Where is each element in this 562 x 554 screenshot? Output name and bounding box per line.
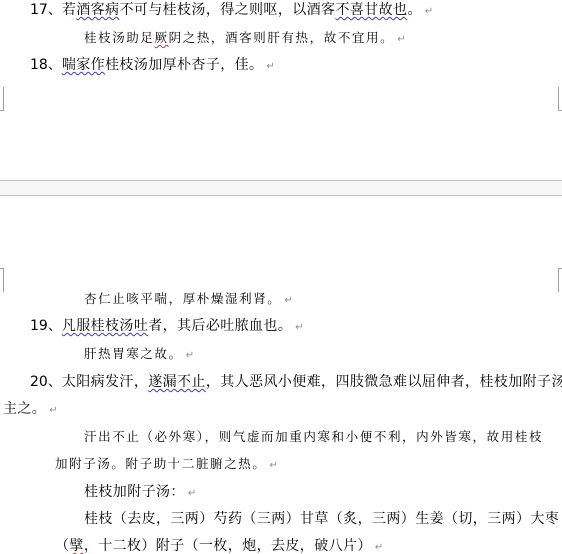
paragraph-20-line-1[interactable]: 20、太阳病发汗，遂漏不止，其人恶风小便难，四肢微急难以屈伸者，桂枝加附子汤 — [30, 372, 562, 392]
note-20-line-2[interactable]: 加附子汤。附子助十二脏腑之热。↵ — [55, 454, 278, 476]
paragraph-mark-icon: ↵ — [49, 405, 57, 416]
text-run: 阴之热，酒客则肝有热，故不宜用。 — [169, 30, 395, 45]
text-run: ，其人恶风小便难，四肢微急难以屈伸者，桂枝加附子汤 — [206, 374, 562, 390]
paragraph-mark-icon: ↵ — [266, 61, 274, 72]
text-run: 。 — [407, 2, 421, 18]
page-corner-mark-top-left — [0, 268, 4, 292]
text-run: 杏仁止咳平喘，厚朴燥湿利肾。 — [84, 291, 281, 306]
grammar-flagged-text: 喘家作 — [62, 57, 105, 73]
clause-number: 17、 — [30, 2, 62, 18]
clause-number: 20、 — [30, 374, 62, 390]
formula-ingredients-line-1[interactable]: 桂枝（去皮，三两）芍药（三两）甘草（炙，三两）生姜（切，三两）大枣 — [84, 509, 559, 529]
note-18[interactable]: 杏仁止咳平喘，厚朴燥湿利肾。↵ — [84, 289, 293, 311]
clause-number: 19、 — [30, 318, 62, 334]
spelling-flagged-text: 擘 — [69, 538, 83, 554]
page-corner-mark-bottom-right — [558, 87, 562, 111]
grammar-flagged-text: 不喜甘故也 — [335, 2, 407, 18]
paragraph-18[interactable]: 18、喘家作桂枝汤加厚朴杏子，佳。↵ — [30, 55, 275, 77]
page-break-gap — [0, 180, 562, 196]
paragraph-mark-icon: ↵ — [270, 460, 278, 471]
note-19[interactable]: 肝热胃寒之故。↵ — [84, 344, 194, 366]
paragraph-mark-icon: ↵ — [284, 295, 292, 306]
clause-number: 18、 — [30, 57, 62, 73]
formula-title[interactable]: 桂枝加附子汤：↵ — [84, 482, 196, 504]
grammar-flagged-text: 遂漏不止 — [148, 374, 206, 390]
page-2[interactable]: 杏仁止咳平喘，厚朴燥湿利肾。↵ 19、凡服桂枝汤吐者，其后必吐脓血也。↵ 肝热胃… — [0, 197, 562, 554]
text-run: 桂枝（去皮，三两）芍药（三两）甘草（炙，三两）生姜（切，三两）大枣 — [84, 511, 559, 527]
page-corner-mark-bottom-left — [0, 87, 4, 111]
paragraph-mark-icon: ↵ — [188, 488, 196, 499]
text-run: 不可与桂枝汤，得之则呕，以酒客 — [119, 2, 335, 18]
text-run: 太阳病发汗， — [62, 374, 148, 390]
text-run: 若 — [62, 2, 76, 18]
text-run: （ — [55, 538, 69, 554]
note-20-line-1[interactable]: 汗出不止（必外寒），则气虚而加重内寒和小便不利，内外皆寒，故用桂枝 — [84, 427, 543, 447]
text-run: 桂枝加附子汤： — [84, 484, 185, 500]
paragraph-mark-icon: ↵ — [375, 542, 383, 553]
text-run: 桂枝汤加厚朴杏子，佳。 — [105, 57, 263, 73]
text-run: 桂枝汤助足 — [84, 30, 155, 45]
page-corner-mark-top-right — [558, 268, 562, 292]
text-run: 汗出不止（必外寒），则气虚而加重内寒和小便不利，内外皆寒，故用桂枝 — [84, 429, 543, 444]
text-run: 主之。 — [3, 401, 46, 417]
paragraph-19[interactable]: 19、凡服桂枝汤吐者，其后必吐脓血也。↵ — [30, 316, 304, 338]
paragraph-mark-icon: ↵ — [186, 350, 194, 361]
paragraph-17[interactable]: 17、若酒客病不可与桂枝汤，得之则呕，以酒客不喜甘故也。↵ — [30, 0, 433, 22]
paragraph-mark-icon: ↵ — [425, 6, 433, 17]
paragraph-mark-icon: ↵ — [295, 322, 303, 333]
text-run: 者，其后必吐脓血也。 — [148, 318, 292, 334]
grammar-flagged-text: 酒客病 — [76, 2, 119, 18]
spelling-flagged-text: 厥 — [155, 30, 169, 45]
paragraph-mark-icon: ↵ — [397, 34, 405, 45]
paragraph-20-line-2[interactable]: 主之。↵ — [3, 399, 58, 421]
page-1[interactable]: 17、若酒客病不可与桂枝汤，得之则呕，以酒客不喜甘故也。↵ 桂枝汤助足厥阴之热，… — [0, 0, 562, 180]
note-17[interactable]: 桂枝汤助足厥阴之热，酒客则肝有热，故不宜用。↵ — [84, 28, 406, 50]
grammar-flagged-text: 凡服桂枝汤吐 — [62, 318, 148, 334]
formula-ingredients-line-2[interactable]: （擘，十二枚）附子（一枚，炮，去皮，破八片）↵ — [55, 536, 383, 554]
text-run: 加附子汤。附子助十二脏腑之热。 — [55, 456, 267, 471]
text-run: ，十二枚）附子（一枚，炮，去皮，破八片） — [84, 538, 372, 554]
text-run: 肝热胃寒之故。 — [84, 346, 183, 361]
